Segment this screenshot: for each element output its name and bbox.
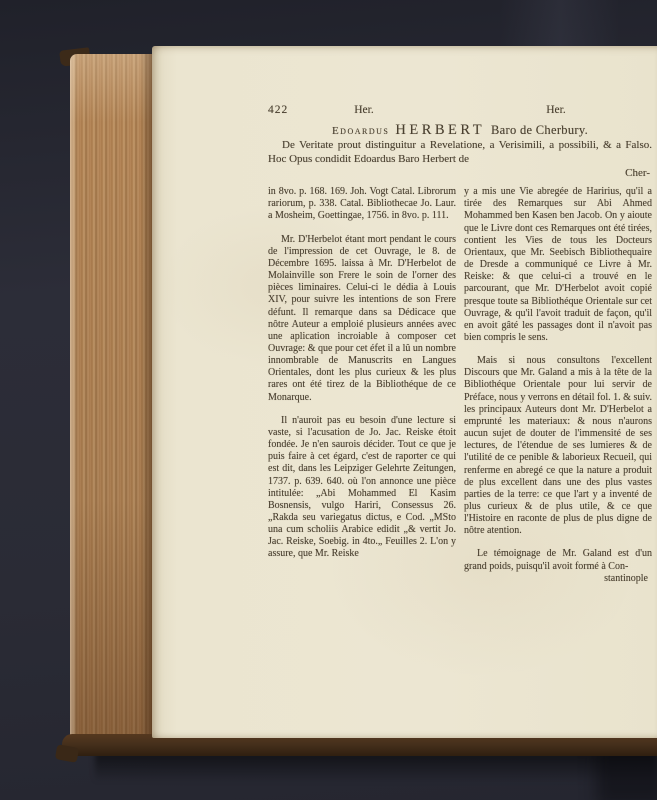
book-fore-edge <box>70 54 154 742</box>
photo-backdrop: 422 Her. Her. Edoardus HERBERT Baro de C… <box>0 0 657 800</box>
paragraph: Mr. D'Herbelot étant mort pendant le cou… <box>268 234 456 404</box>
entry-heading-forename: Edoardus <box>332 125 389 137</box>
page-number: 422 <box>268 104 288 116</box>
printed-page-content: 422 Her. Her. Edoardus HERBERT Baro de C… <box>268 104 652 585</box>
entry-subtitle: De Veritate prout distinguitur a Revelat… <box>268 139 652 167</box>
entry-subtitle-block: De Veritate prout distinguitur a Revelat… <box>268 139 652 180</box>
book-cast-shadow <box>95 752 657 782</box>
paragraph: y a mis une Vie abregée de Haririus, qu'… <box>464 186 652 344</box>
running-title-right: Her. <box>460 104 652 116</box>
entry-heading: Edoardus HERBERT Baro de Cherbury. <box>268 121 652 139</box>
paragraph: Le témoignage de Mr. Galand est d'un gra… <box>464 548 652 572</box>
subtitle-catchword: Cher- <box>268 167 652 181</box>
paragraph: Mais si nous consultons l'excellent Disc… <box>464 355 652 537</box>
left-column: in 8vo. p. 168. 169. Joh. Vogt Catal. Li… <box>268 186 456 585</box>
paragraph: in 8vo. p. 168. 169. Joh. Vogt Catal. Li… <box>268 186 456 222</box>
book-cover-corner-bump <box>55 744 79 763</box>
right-column: y a mis une Vie abregée de Haririus, qu'… <box>464 186 652 585</box>
entry-heading-suffix: Baro de Cherbury. <box>491 123 588 137</box>
paragraph: Il n'auroit pas eu besoin d'une lecture … <box>268 415 456 561</box>
entry-heading-surname: HERBERT <box>395 122 485 138</box>
running-header: 422 Her. Her. <box>268 104 652 116</box>
column-catchword: stantinople <box>464 573 652 585</box>
two-column-text: in 8vo. p. 168. 169. Joh. Vogt Catal. Li… <box>268 186 652 585</box>
running-title-left: Her. <box>268 104 460 116</box>
book-page: 422 Her. Her. Edoardus HERBERT Baro de C… <box>152 46 657 738</box>
